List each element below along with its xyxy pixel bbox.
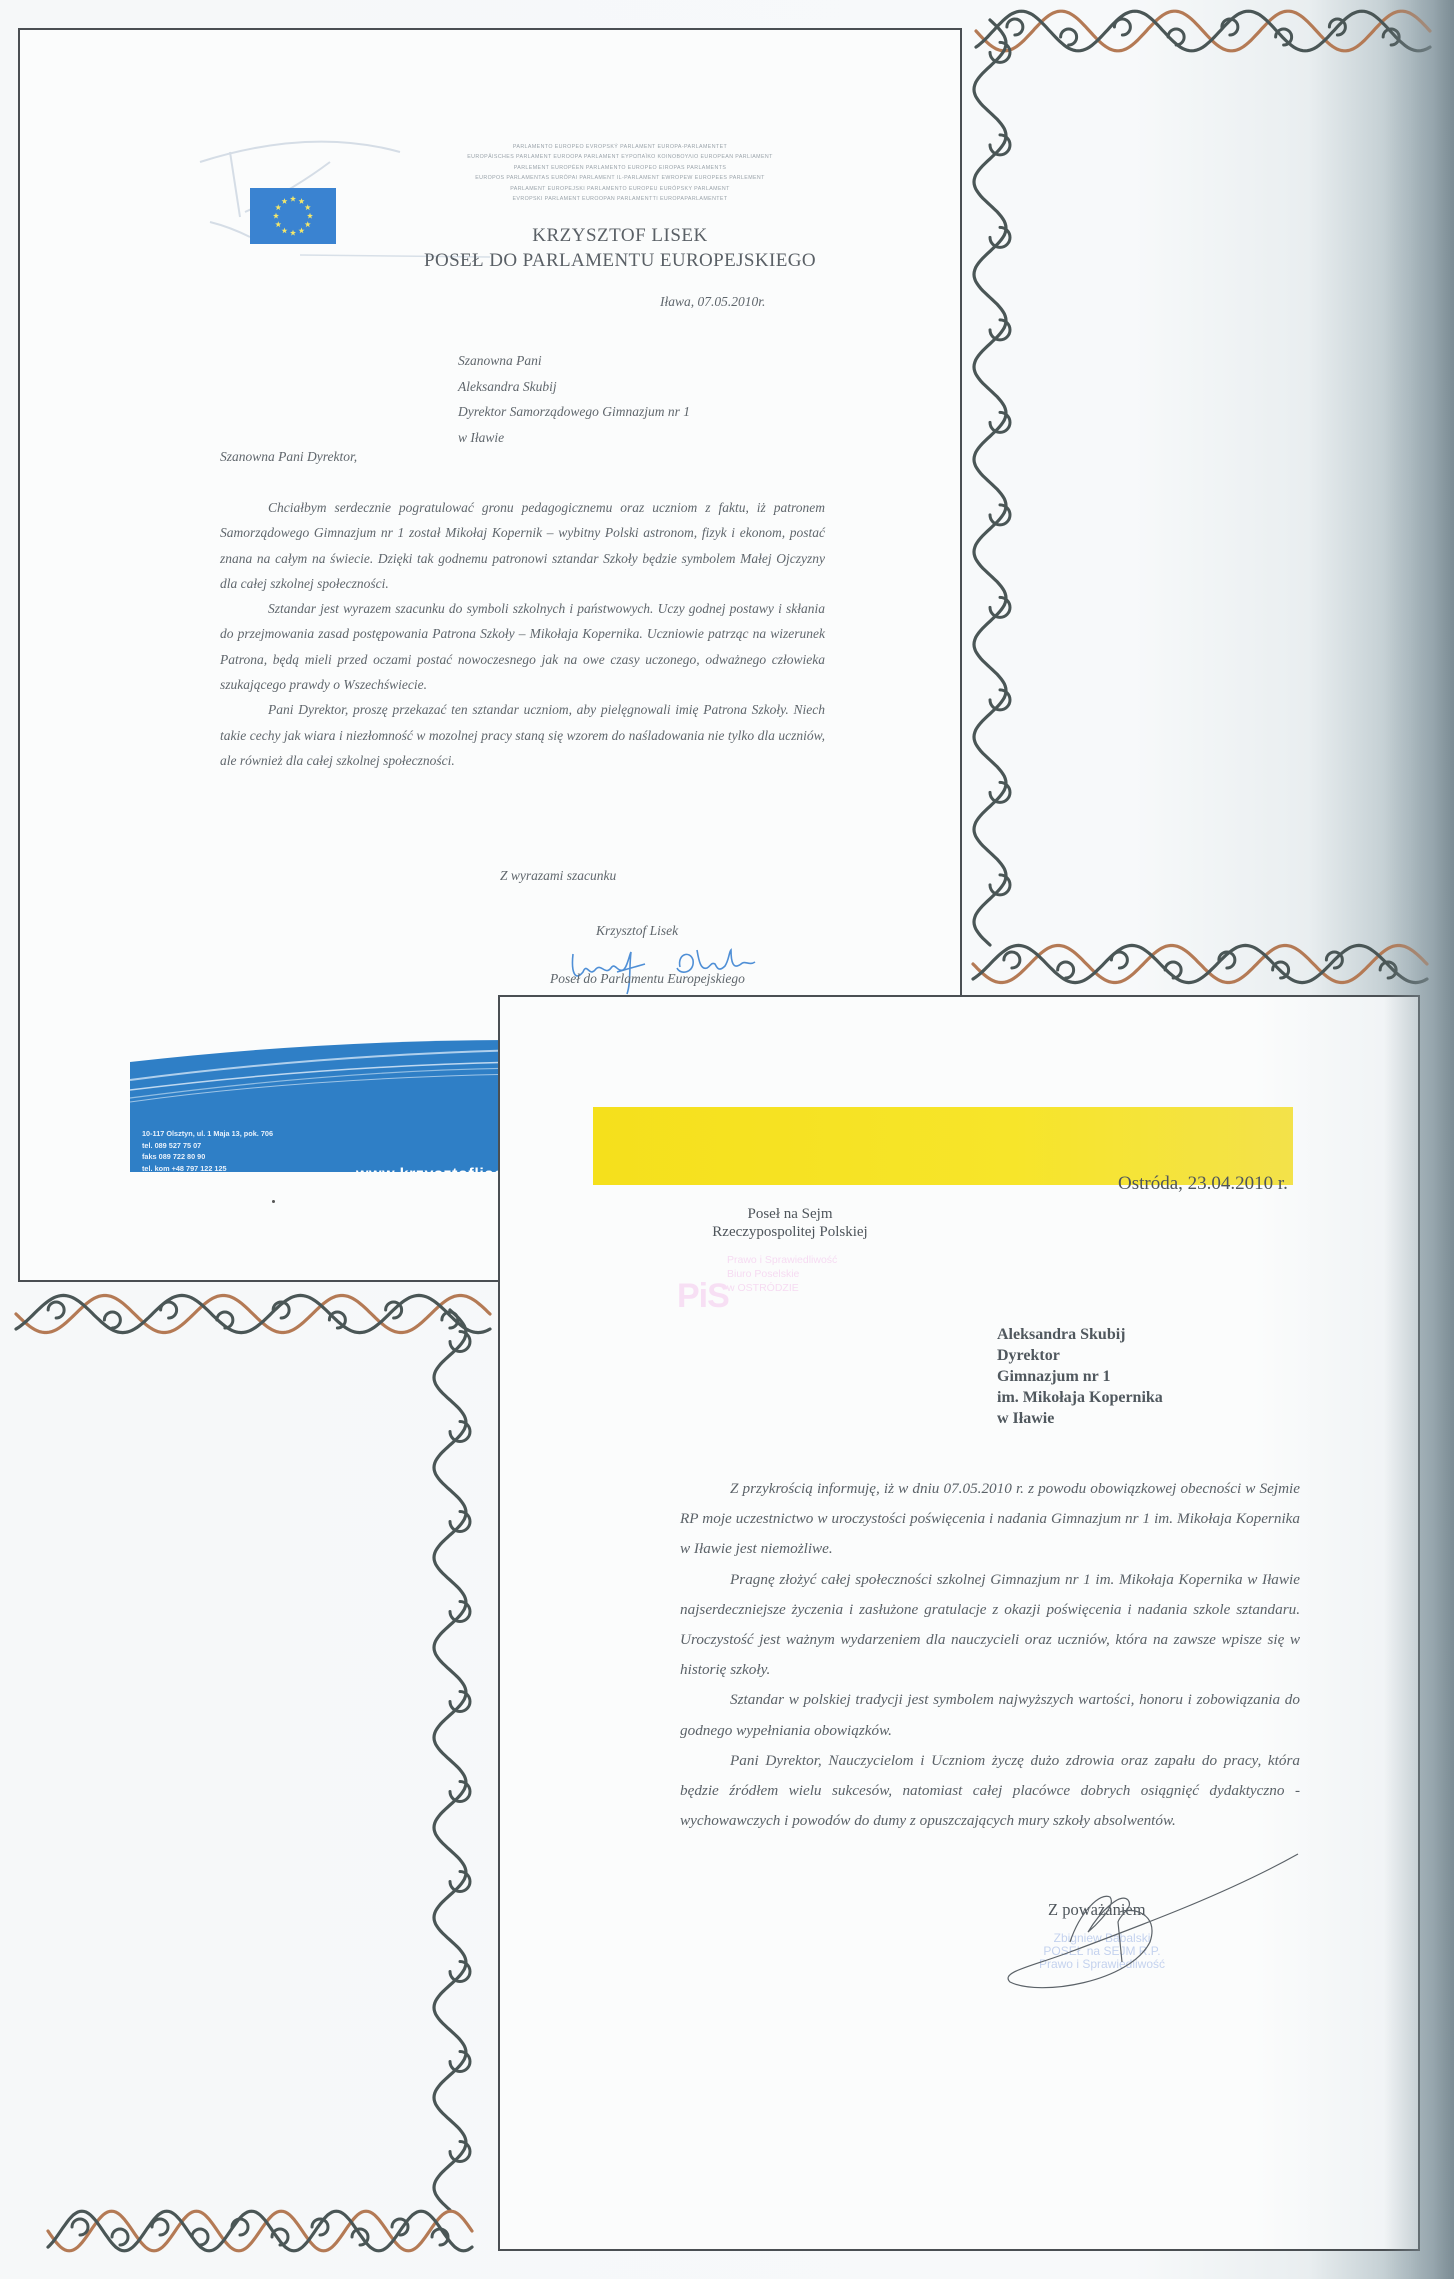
letter-babalski: Ostróda, 23.04.2010 r. Poseł na Sejm Rze…: [498, 995, 1420, 2251]
body-paragraph: Z przykrością informuję, iż w dniu 07.05…: [680, 1474, 1300, 1565]
scroll-ornament-middle: [965, 935, 1435, 993]
contact-address: 10-117 Olsztyn, ul. 1 Maja 13, pok. 706: [142, 1128, 273, 1140]
recipient-line: w Iławie: [997, 1408, 1163, 1429]
sender-name: KRZYSZTOF LISEK: [340, 225, 900, 247]
body-paragraph: Sztandar jest wyrazem szacunku do symbol…: [220, 596, 825, 697]
scroll-ornament-top: [968, 0, 1438, 62]
recipient-line: Gimnazjum nr 1: [997, 1366, 1163, 1387]
ep-name-line: PARLAMENT EUROPEJSKI PARLAMENTO EUROPEU …: [400, 184, 840, 194]
stamp-line: w OSTRÓDZIE: [727, 1281, 837, 1295]
addressee-block: Szanowna Pani Aleksandra Skubij Dyrektor…: [458, 348, 690, 450]
ep-name-line: EUROPOS PARLAMENTAS EURÓPAI PARLAMENT IL…: [400, 173, 840, 183]
contact-mobile: tel. kom +48 797 122 125: [142, 1163, 273, 1173]
recipient-line: Aleksandra Skubij: [997, 1324, 1163, 1345]
contact-details: 10-117 Olsztyn, ul. 1 Maja 13, pok. 706 …: [142, 1128, 273, 1172]
signature-role: Poseł do Parlamentu Europejskiego: [550, 971, 745, 987]
body-paragraph: Pragnę złożyć całej społeczności szkolne…: [680, 1565, 1300, 1686]
ep-language-names: PARLAMENTO EUROPEO EVROPSKÝ PARLAMENT EU…: [400, 142, 840, 204]
addressee-line: Aleksandra Skubij: [458, 374, 690, 400]
stamp-line: Biuro Poselskie: [727, 1267, 837, 1281]
addressee-line: w Iławie: [458, 425, 690, 451]
website-url: www.krzysztoflisek.: [356, 1166, 518, 1172]
addressee-line: Szanowna Pani: [458, 348, 690, 374]
pis-logo: PiS: [677, 1277, 729, 1316]
ep-name-line: PARLEMENT EUROPÉEN PARLAMENTO EUROPEO EI…: [400, 163, 840, 173]
handwritten-signature: [970, 1852, 1300, 1992]
scroll-ornament-right-vertical: [965, 20, 1015, 945]
contact-phone: tel. 089 527 75 07: [142, 1140, 273, 1152]
sender-block: Poseł na Sejm Rzeczypospolitej Polskiej: [670, 1205, 910, 1241]
body-paragraph: Chciałbym serdecznie pogratulować gronu …: [220, 495, 825, 596]
body-paragraph: Sztandar w polskiej tradycji jest symbol…: [680, 1685, 1300, 1745]
scroll-ornament-left-vertical: [425, 1310, 475, 2210]
party-stamp-text: Prawo i Sprawiedliwość Biuro Poselskie w…: [727, 1253, 837, 1295]
ep-name-line: EUROPÄISCHES PARLAMENT EUROOPA PARLAMENT…: [400, 152, 840, 162]
contact-fax: faks 089 722 80 90: [142, 1151, 273, 1163]
scan-dot: [272, 1200, 275, 1203]
stamp-line: Prawo i Sprawiedliwość: [727, 1253, 837, 1267]
recipient-line: im. Mikołaja Kopernika: [997, 1387, 1163, 1408]
scroll-ornament-bottom: [40, 2200, 480, 2262]
recipient-block: Aleksandra Skubij Dyrektor Gimnazjum nr …: [997, 1324, 1163, 1429]
signature-name: Krzysztof Lisek: [596, 923, 678, 939]
party-stamp: PiS Prawo i Sprawiedliwość Biuro Poselsk…: [665, 1247, 870, 1327]
sender-line: Rzeczypospolitej Polskiej: [670, 1223, 910, 1241]
letter-body: Chciałbym serdecznie pogratulować gronu …: [220, 495, 825, 773]
handwritten-signature: [565, 942, 775, 997]
sender-title: POSEŁ DO PARLAMENTU EUROPEJSKIEGO: [320, 250, 920, 272]
letter-body: Z przykrością informuję, iż w dniu 07.05…: [680, 1474, 1300, 1836]
letter-date: Iława, 07.05.2010r.: [660, 294, 765, 310]
addressee-line: Dyrektor Samorządowego Gimnazjum nr 1: [458, 399, 690, 425]
contact-footer-band: 10-117 Olsztyn, ul. 1 Maja 13, pok. 706 …: [122, 1040, 522, 1172]
body-paragraph: Pani Dyrektor, proszę przekazać ten szta…: [220, 697, 825, 773]
body-paragraph: Pani Dyrektor, Nauczycielom i Uczniom ży…: [680, 1746, 1300, 1837]
eu-flag-icon: [250, 188, 336, 244]
closing: Z wyrazami szacunku: [500, 868, 616, 884]
recipient-line: Dyrektor: [997, 1345, 1163, 1366]
sender-line: Poseł na Sejm: [670, 1205, 910, 1223]
ep-name-line: PARLAMENTO EUROPEO EVROPSKÝ PARLAMENT EU…: [400, 142, 840, 152]
letter-date: Ostróda, 23.04.2010 r.: [1118, 1173, 1288, 1195]
salutation: Szanowna Pani Dyrektor,: [220, 449, 357, 465]
ep-name-line: EVROPSKI PARLAMENT EUROOPAN PARLAMENTTI …: [400, 194, 840, 204]
